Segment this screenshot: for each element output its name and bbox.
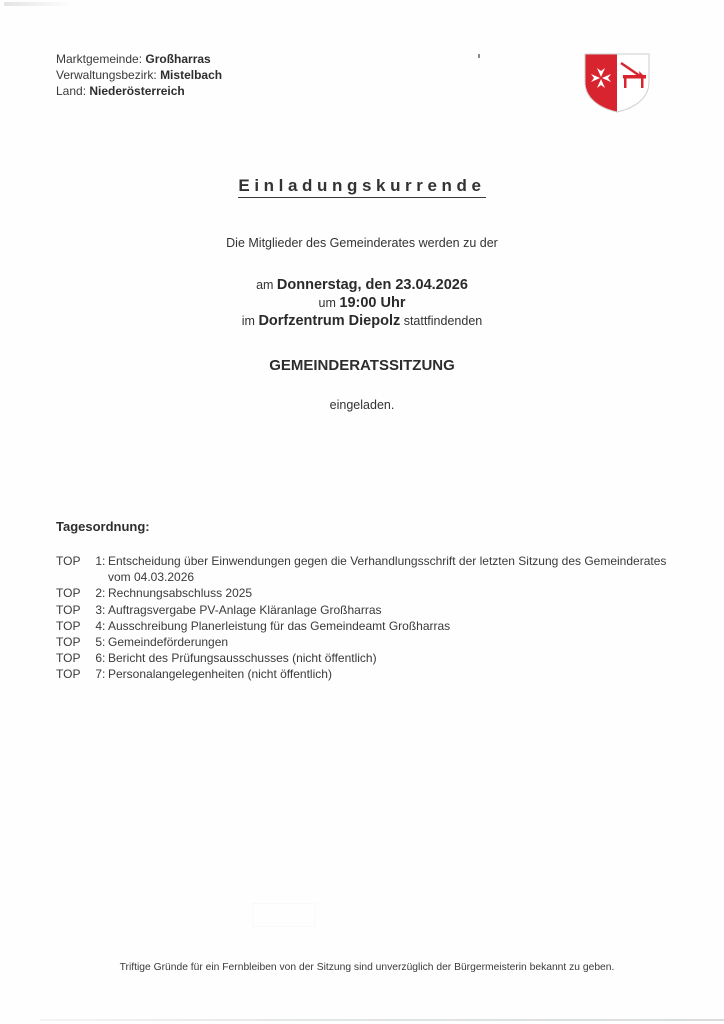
place-suffix: stattfindenden (400, 314, 482, 328)
agenda-item-number: 1 (86, 553, 102, 569)
agenda-item-text: Personalangelegenheiten (nicht öffentlic… (108, 666, 676, 682)
agenda-item: TOP5:Gemeindeförderungen (56, 634, 676, 650)
agenda-item: TOP4:Ausschreibung Planerleistung für da… (56, 618, 676, 634)
state-value: Niederösterreich (89, 84, 184, 98)
meeting-date: Donnerstag, den 23.04.2026 (277, 277, 468, 293)
agenda-item: TOP3:Auftragsvergabe PV-Anlage Kläranlag… (56, 602, 676, 618)
agenda-item-number: 6 (86, 650, 102, 666)
document-title: Einladungskurrende (0, 176, 724, 198)
meeting-details: am Donnerstag, den 23.04.2026 um 19:00 U… (0, 276, 724, 330)
agenda-item-text: Auftragsvergabe PV-Anlage Kläranlage Gro… (108, 602, 676, 618)
scan-artifact (478, 54, 480, 58)
document-title-text: Einladungskurrende (238, 176, 485, 198)
state-label: Land: (56, 84, 89, 98)
agenda-item: TOP1:Entscheidung über Einwendungen gege… (56, 553, 676, 585)
agenda-item-text: Gemeindeförderungen (108, 634, 676, 650)
district-row: Verwaltungsbezirk: Mistelbach (56, 67, 222, 83)
municipality-info: Marktgemeinde: Großharras Verwaltungsbez… (56, 51, 222, 99)
agenda-item-text: Rechnungsabschluss 2025 (108, 585, 676, 601)
district-label: Verwaltungsbezirk: (56, 68, 160, 82)
agenda-item-number: 2 (86, 585, 102, 601)
agenda-item-label: TOP (56, 553, 86, 569)
agenda-item-text: Entscheidung über Einwendungen gegen die… (108, 553, 676, 585)
agenda-item-number: 3 (86, 602, 102, 618)
meeting-time: 19:00 Uhr (339, 295, 405, 311)
time-prefix: um (319, 296, 340, 310)
date-prefix: am (256, 278, 277, 292)
agenda-item-label: TOP (56, 618, 86, 634)
agenda-item-number: 5 (86, 634, 102, 650)
municipality-value: Großharras (145, 52, 210, 66)
footer-note: Triftige Gründe für ein Fernbleiben von … (0, 962, 724, 973)
agenda-item-label: TOP (56, 602, 86, 618)
agenda-item-label: TOP (56, 650, 86, 666)
agenda-item-label: TOP (56, 585, 86, 601)
meeting-place-line: im Dorfzentrum Diepolz stattfindenden (0, 312, 724, 330)
municipality-label: Marktgemeinde: (56, 52, 145, 66)
scan-edge (40, 1019, 724, 1021)
intro-text: Die Mitglieder des Gemeinderates werden … (0, 236, 724, 250)
meeting-date-line: am Donnerstag, den 23.04.2026 (0, 276, 724, 294)
session-name: GEMEINDERATSSITZUNG (0, 357, 724, 374)
agenda-item: TOP6:Bericht des Prüfungsausschusses (ni… (56, 650, 676, 666)
agenda-item: TOP2:Rechnungsabschluss 2025 (56, 585, 676, 601)
agenda-heading: Tagesordnung: (56, 519, 150, 534)
agenda-item-text: Bericht des Prüfungsausschusses (nicht ö… (108, 650, 676, 666)
agenda-item: TOP7:Personalangelegenheiten (nicht öffe… (56, 666, 676, 682)
municipality-row: Marktgemeinde: Großharras (56, 51, 222, 67)
coat-of-arms-icon (583, 52, 651, 114)
district-value: Mistelbach (160, 68, 222, 82)
invited-text: eingeladen. (0, 398, 724, 412)
agenda-item-label: TOP (56, 634, 86, 650)
scanned-document-page: Marktgemeinde: Großharras Verwaltungsbez… (0, 0, 724, 1024)
faint-bleed-through (252, 903, 316, 927)
meeting-time-line: um 19:00 Uhr (0, 294, 724, 312)
agenda-item-number: 4 (86, 618, 102, 634)
scan-artifact (4, 2, 74, 6)
agenda-list: TOP1:Entscheidung über Einwendungen gege… (56, 553, 676, 683)
agenda-item-text: Ausschreibung Planerleistung für das Gem… (108, 618, 676, 634)
place-prefix: im (242, 314, 259, 328)
agenda-item-number: 7 (86, 666, 102, 682)
agenda-item-label: TOP (56, 666, 86, 682)
meeting-place: Dorfzentrum Diepolz (258, 313, 400, 329)
state-row: Land: Niederösterreich (56, 83, 222, 99)
